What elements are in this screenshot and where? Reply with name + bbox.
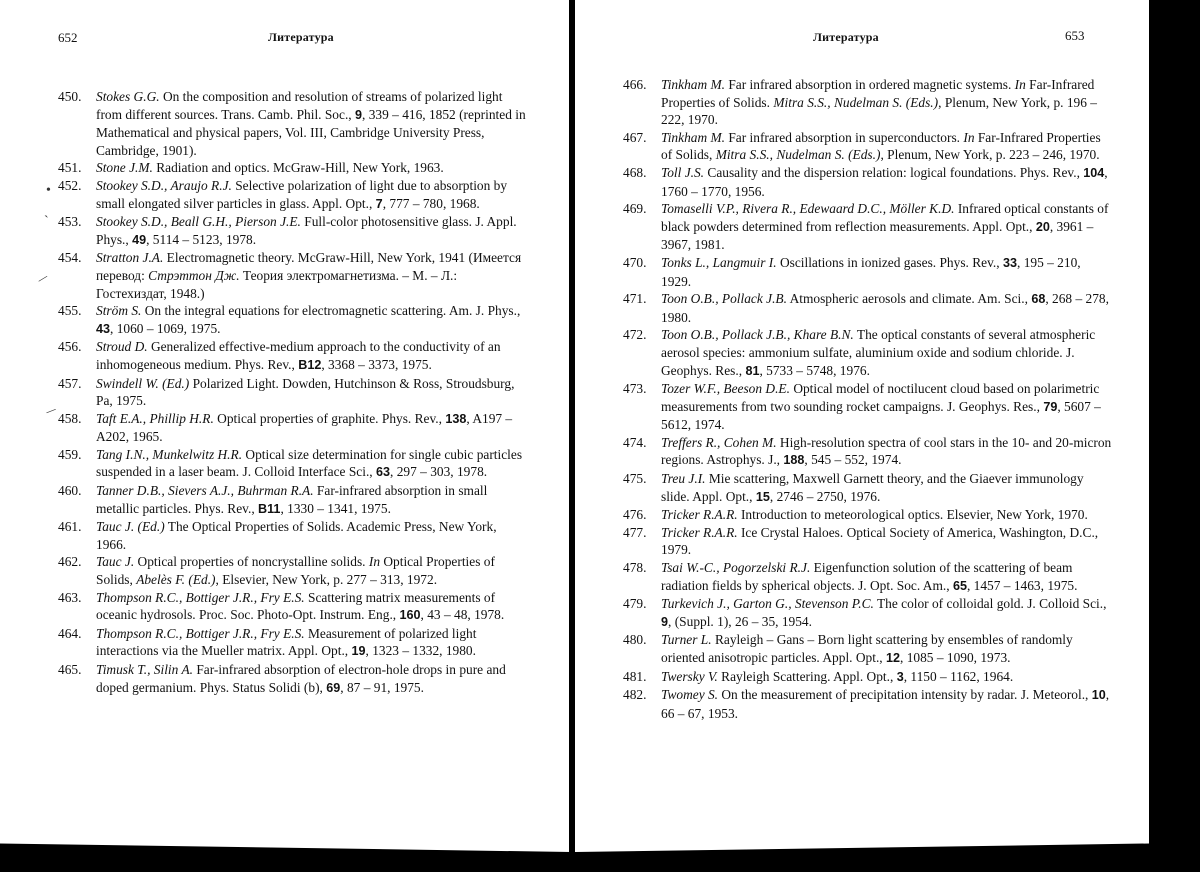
reference-text: , 1323 – 1332, 1980. (366, 643, 476, 658)
reference-author: Tozer W.F., Beeson D.E. (661, 381, 790, 396)
reference-text: , 1150 – 1162, 1964. (904, 669, 1013, 684)
reference-author: Toon O.B., Pollack J.B. (661, 291, 787, 306)
reference-number: 465. (58, 661, 81, 679)
reference-author: Stokes G.G. (96, 89, 160, 104)
reference-author: Twersky V. (661, 669, 718, 684)
reference-volume: 104 (1083, 166, 1104, 180)
reference-text: Optical properties of noncrystalline sol… (134, 554, 369, 569)
reference-author: In (369, 554, 380, 569)
reference-entry: 465.Timusk T., Silin A. Far-infrared abs… (58, 661, 528, 697)
reference-volume: B12 (298, 358, 321, 372)
reference-text: , 2746 – 2750, 1976. (770, 489, 880, 504)
reference-number: 474. (623, 434, 646, 452)
reference-volume: 43 (96, 322, 110, 336)
reference-author: Toon O.B., Pollack J.B., Khare B.N. (661, 327, 854, 342)
reference-number: 472. (623, 326, 646, 344)
reference-volume: 49 (132, 233, 146, 247)
reference-list: 450.Stokes G.G. On the composition and r… (58, 88, 528, 697)
reference-author: Stookey S.D., Beall G.H., Pierson J.E. (96, 214, 301, 229)
reference-volume: 19 (351, 644, 365, 658)
reference-text: Rayleigh – Gans – Born light scattering … (661, 632, 1073, 665)
reference-author: Treffers R., Cohen M. (661, 435, 777, 450)
reference-text: Introduction to meteorological optics. E… (738, 507, 1088, 522)
right-page: Литература 653 466.Tinkham M. Far infrar… (575, 0, 1149, 852)
reference-volume: 69 (326, 681, 340, 695)
reference-number: 463. (58, 589, 81, 607)
reference-volume: B11 (258, 502, 280, 516)
reference-author: Taft E.A., Phillip H.R. (96, 411, 214, 426)
reference-author: Turner L. (661, 632, 712, 647)
reference-author: Tomaselli V.P., Rivera R., Edewaard D.C.… (661, 201, 954, 216)
reference-volume: 65 (953, 579, 967, 593)
reference-author: In (1015, 77, 1026, 92)
reference-volume: 81 (745, 364, 759, 378)
reference-text: , 1330 – 1341, 1975. (280, 501, 390, 516)
reference-entry: 462.Tauc J. Optical properties of noncry… (58, 553, 528, 588)
reference-author: Tinkham M. (661, 130, 725, 145)
reference-entry: 469.Tomaselli V.P., Rivera R., Edewaard … (623, 200, 1113, 254)
reference-number: 475. (623, 470, 646, 488)
page-number: 653 (1065, 28, 1085, 44)
reference-entry: 467.Tinkham M. Far infrared absorption i… (623, 129, 1113, 164)
reference-number: 455. (58, 302, 81, 320)
reference-number: 458. (58, 410, 81, 428)
reference-text: Far infrared absorption in ordered magne… (725, 77, 1015, 92)
reference-entry: 473.Tozer W.F., Beeson D.E. Optical mode… (623, 380, 1113, 434)
reference-author: Ström S. (96, 303, 141, 318)
reference-number: 457. (58, 375, 81, 393)
reference-text: , 1457 – 1463, 1975. (967, 578, 1077, 593)
reference-entry: 463.Thompson R.C., Bottiger J.R., Fry E.… (58, 589, 528, 625)
reference-entry: 482.Twomey S. On the measurement of prec… (623, 686, 1113, 722)
reference-entry: 458.Taft E.A., Phillip H.R. Optical prop… (58, 410, 528, 446)
reference-number: 456. (58, 338, 81, 356)
reference-text: On the measurement of precipitation inte… (718, 687, 1092, 702)
reference-volume: 15 (756, 490, 770, 504)
reference-author: Thompson R.C., Bottiger J.R., Fry E.S. (96, 590, 305, 605)
reference-entry: 461.Tauc J. (Ed.) The Optical Properties… (58, 518, 528, 553)
reference-text: Optical properties of graphite. Phys. Re… (214, 411, 446, 426)
reference-number: 481. (623, 668, 646, 686)
reference-text: On the integral equations for electromag… (141, 303, 520, 318)
reference-text: Radiation and optics. McGraw-Hill, New Y… (153, 160, 444, 175)
reference-number: 477. (623, 524, 646, 542)
reference-entry: 460.Tanner D.B., Sievers A.J., Buhrman R… (58, 482, 528, 518)
reference-text: , 777 – 780, 1968. (383, 196, 480, 211)
reference-text: , 1085 – 1090, 1973. (900, 650, 1010, 665)
reference-entry: 471.Toon O.B., Pollack J.B. Atmospheric … (623, 290, 1113, 326)
reference-number: 454. (58, 249, 81, 267)
reference-volume: 20 (1036, 220, 1050, 234)
reference-author: Turkevich J., Garton G., Stevenson P.C. (661, 596, 874, 611)
reference-author: Timusk T., Silin A. (96, 662, 193, 677)
reference-entry: 474.Treffers R., Cohen M. High-resolutio… (623, 434, 1113, 470)
reference-entry: 481.Twersky V. Rayleigh Scattering. Appl… (623, 668, 1113, 687)
reference-entry: 454.Stratton J.A. Electromagnetic theory… (58, 249, 528, 302)
margin-mark: / (35, 273, 48, 288)
reference-entry: 466.Tinkham M. Far infrared absorption i… (623, 76, 1113, 129)
reference-volume: 10 (1092, 688, 1106, 702)
reference-entry: 476.Tricker R.A.R. Introduction to meteo… (623, 506, 1113, 524)
reference-number: 451. (58, 159, 81, 177)
reference-text: , 87 – 91, 1975. (340, 680, 424, 695)
reference-number: 459. (58, 446, 81, 464)
reference-number: 460. (58, 482, 81, 500)
reference-text: , 5733 – 5748, 1976. (759, 363, 869, 378)
reference-author: Tinkham M. (661, 77, 725, 92)
reference-text: The color of colloidal gold. J. Colloid … (874, 596, 1107, 611)
reference-volume: 12 (886, 651, 900, 665)
reference-text: , 545 – 552, 1974. (804, 452, 901, 467)
reference-entry: 472.Toon O.B., Pollack J.B., Khare B.N. … (623, 326, 1113, 380)
reference-text: Far infrared absorption in superconducto… (725, 130, 963, 145)
reference-entry: 480.Turner L. Rayleigh – Gans – Born lig… (623, 631, 1113, 667)
reference-text: , 5114 – 5123, 1978. (146, 232, 256, 247)
reference-number: 480. (623, 631, 646, 649)
reference-author: Tauc J. (Ed.) (96, 519, 165, 534)
reference-author: Stone J.M. (96, 160, 153, 175)
reference-text: , 43 – 48, 1978. (421, 607, 505, 622)
page-number: 652 (58, 30, 78, 46)
reference-number: 467. (623, 129, 646, 147)
reference-entry: 479.Turkevich J., Garton G., Stevenson P… (623, 595, 1113, 631)
reference-author: Mitra S.S., Nudelman S. (Eds.) (716, 147, 881, 162)
reference-author: Tonks L., Langmuir I. (661, 255, 777, 270)
reference-text: , 3368 – 3373, 1975. (321, 357, 431, 372)
margin-mark: ` (44, 214, 49, 230)
reference-author: Swindell W. (Ed.) (96, 376, 189, 391)
reference-entry: 453.Stookey S.D., Beall G.H., Pierson J.… (58, 213, 528, 249)
reference-number: 473. (623, 380, 646, 398)
reference-text: Rayleigh Scattering. Appl. Opt., (718, 669, 897, 684)
reference-number: 453. (58, 213, 81, 231)
reference-text: , (Suppl. 1), 26 – 35, 1954. (668, 614, 812, 629)
reference-volume: 63 (376, 465, 390, 479)
reference-number: 452. (58, 177, 81, 195)
reference-author: Thompson R.C., Bottiger J.R., Fry E.S. (96, 626, 305, 641)
reference-entry: 477.Tricker R.A.R. Ice Crystal Haloes. O… (623, 524, 1113, 559)
reference-author: Stookey S.D., Araujo R.J. (96, 178, 232, 193)
reference-author: Tanner D.B., Sievers A.J., Buhrman R.A. (96, 483, 314, 498)
reference-entry: 459.Tang I.N., Munkelwitz H.R. Optical s… (58, 446, 528, 482)
reference-author: Toll J.S. (661, 165, 704, 180)
reference-author: Stroud D. (96, 339, 148, 354)
reference-author: Mitra S.S., Nudelman S. (Eds.) (773, 95, 938, 110)
reference-number: 468. (623, 164, 646, 182)
reference-number: 479. (623, 595, 646, 613)
reference-number: 470. (623, 254, 646, 272)
margin-mark: / (43, 405, 58, 418)
reference-author: Twomey S. (661, 687, 718, 702)
reference-text: Oscillations in ionized gases. Phys. Rev… (777, 255, 1003, 270)
reference-number: 450. (58, 88, 81, 106)
reference-volume: 7 (376, 197, 383, 211)
reference-entry: 475.Treu J.I. Mie scattering, Maxwell Ga… (623, 470, 1113, 506)
reference-number: 462. (58, 553, 81, 571)
reference-number: 464. (58, 625, 81, 643)
reference-entry: 455.Ström S. On the integral equations f… (58, 302, 528, 338)
reference-entry: 456.Stroud D. Generalized effective-medi… (58, 338, 528, 374)
reference-entry: 451.Stone J.M. Radiation and optics. McG… (58, 159, 528, 177)
reference-author: Stratton J.A. (96, 250, 163, 265)
reference-volume: 68 (1031, 292, 1045, 306)
reference-entry: 464.Thompson R.C., Bottiger J.R., Fry E.… (58, 625, 528, 661)
reference-number: 466. (623, 76, 646, 94)
reference-number: 461. (58, 518, 81, 536)
running-head: Литература (268, 30, 334, 45)
reference-number: 482. (623, 686, 646, 704)
reference-author: Стрэттон Дж. (148, 268, 239, 283)
reference-list: 466.Tinkham M. Far infrared absorption i… (623, 76, 1113, 722)
margin-mark: • (46, 183, 51, 199)
left-page: 652 Литература • ` / / 450.Stokes G.G. O… (0, 0, 571, 852)
book-gutter (569, 0, 575, 860)
running-head: Литература (813, 30, 879, 45)
reference-volume: 9 (661, 615, 668, 629)
reference-volume: 3 (897, 670, 904, 684)
reference-entry: 457.Swindell W. (Ed.) Polarized Light. D… (58, 375, 528, 410)
reference-text: Atmospheric aerosols and climate. Am. Sc… (787, 291, 1031, 306)
reference-volume: 138 (445, 412, 466, 426)
reference-number: 469. (623, 200, 646, 218)
reference-number: 476. (623, 506, 646, 524)
reference-text: , 1060 – 1069, 1975. (110, 321, 220, 336)
reference-volume: 79 (1043, 400, 1057, 414)
reference-author: Tricker R.A.R. (661, 525, 738, 540)
reference-author: Tauc J. (96, 554, 134, 569)
reference-author: In (963, 130, 974, 145)
reference-entry: 478.Tsai W.-C., Pogorzelski R.J. Eigenfu… (623, 559, 1113, 595)
reference-entry: 452.Stookey S.D., Araujo R.J. Selective … (58, 177, 528, 213)
reference-text: , Elsevier, New York, p. 277 – 313, 1972… (216, 572, 438, 587)
reference-volume: 33 (1003, 256, 1017, 270)
reference-text: , 297 – 303, 1978. (390, 464, 487, 479)
reference-number: 478. (623, 559, 646, 577)
reference-text: , Plenum, New York, p. 223 – 246, 1970. (880, 147, 1099, 162)
reference-author: Tang I.N., Munkelwitz H.R. (96, 447, 242, 462)
reference-author: Tricker R.A.R. (661, 507, 738, 522)
reference-text: Causality and the dispersion relation: l… (704, 165, 1083, 180)
reference-volume: 9 (355, 108, 362, 122)
reference-author: Abelès F. (Ed.) (136, 572, 215, 587)
reference-entry: 470.Tonks L., Langmuir I. Oscillations i… (623, 254, 1113, 290)
reference-volume: 160 (400, 608, 421, 622)
reference-entry: 450.Stokes G.G. On the composition and r… (58, 88, 528, 159)
reference-entry: 468.Toll J.S. Causality and the dispersi… (623, 164, 1113, 200)
reference-volume: 188 (783, 453, 804, 467)
reference-number: 471. (623, 290, 646, 308)
reference-author: Treu J.I. (661, 471, 706, 486)
reference-author: Tsai W.-C., Pogorzelski R.J. (661, 560, 810, 575)
